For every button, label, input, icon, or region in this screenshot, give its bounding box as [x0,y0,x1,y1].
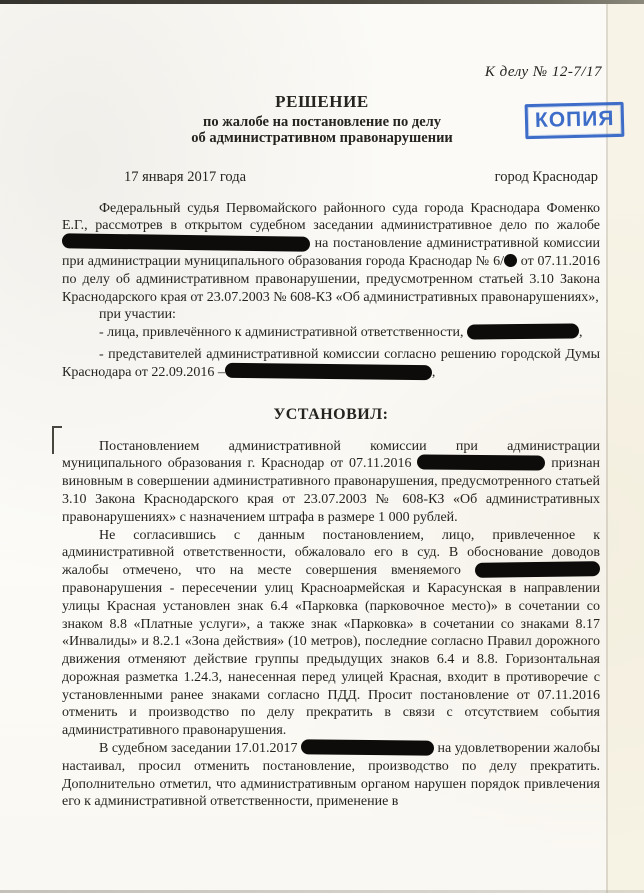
document-date: 17 января 2017 года [124,169,246,186]
paragraph-participant-commission: - представителей административной комисс… [62,346,600,382]
section-heading: УСТАНОВИЛ: [62,406,600,424]
copy-stamp: КОПИЯ [524,102,624,139]
redaction-mark [301,739,434,755]
dateline: 17 января 2017 года город Краснодар [124,169,598,186]
paragraph-preamble: Федеральный судья Первомайского районног… [62,200,600,307]
paragraph-participant-person: - лица, привлечённого к административной… [62,324,600,342]
document-city: город Краснодар [495,169,598,186]
pen-mark [52,426,62,454]
redaction-mark [62,233,310,251]
paragraph-hearing: В судебном заседании 17.01.2017 на удовл… [62,740,600,811]
paper-crease-line [606,4,608,893]
case-number: К делу № 12-7/17 [0,64,602,81]
paper-crease-strip [608,4,644,893]
redaction-mark [475,561,600,578]
scan-edge-top [0,0,644,4]
redaction-mark [467,324,579,340]
findings-section: Постановлением административной комиссии… [62,438,600,812]
redaction-mark [504,254,517,267]
redaction-mark [225,362,432,380]
redaction-mark [417,455,545,471]
document-page: К делу № 12-7/17 РЕШЕНИЕ по жалобе на по… [0,0,644,893]
paragraph-complaint-grounds: Не согласившись с данным постановлением,… [62,527,600,741]
paragraph-ruling-summary: Постановлением административной комиссии… [62,438,600,527]
paragraph-participants-label: при участии: [62,306,600,324]
preamble-section: Федеральный судья Первомайского районног… [62,200,600,382]
